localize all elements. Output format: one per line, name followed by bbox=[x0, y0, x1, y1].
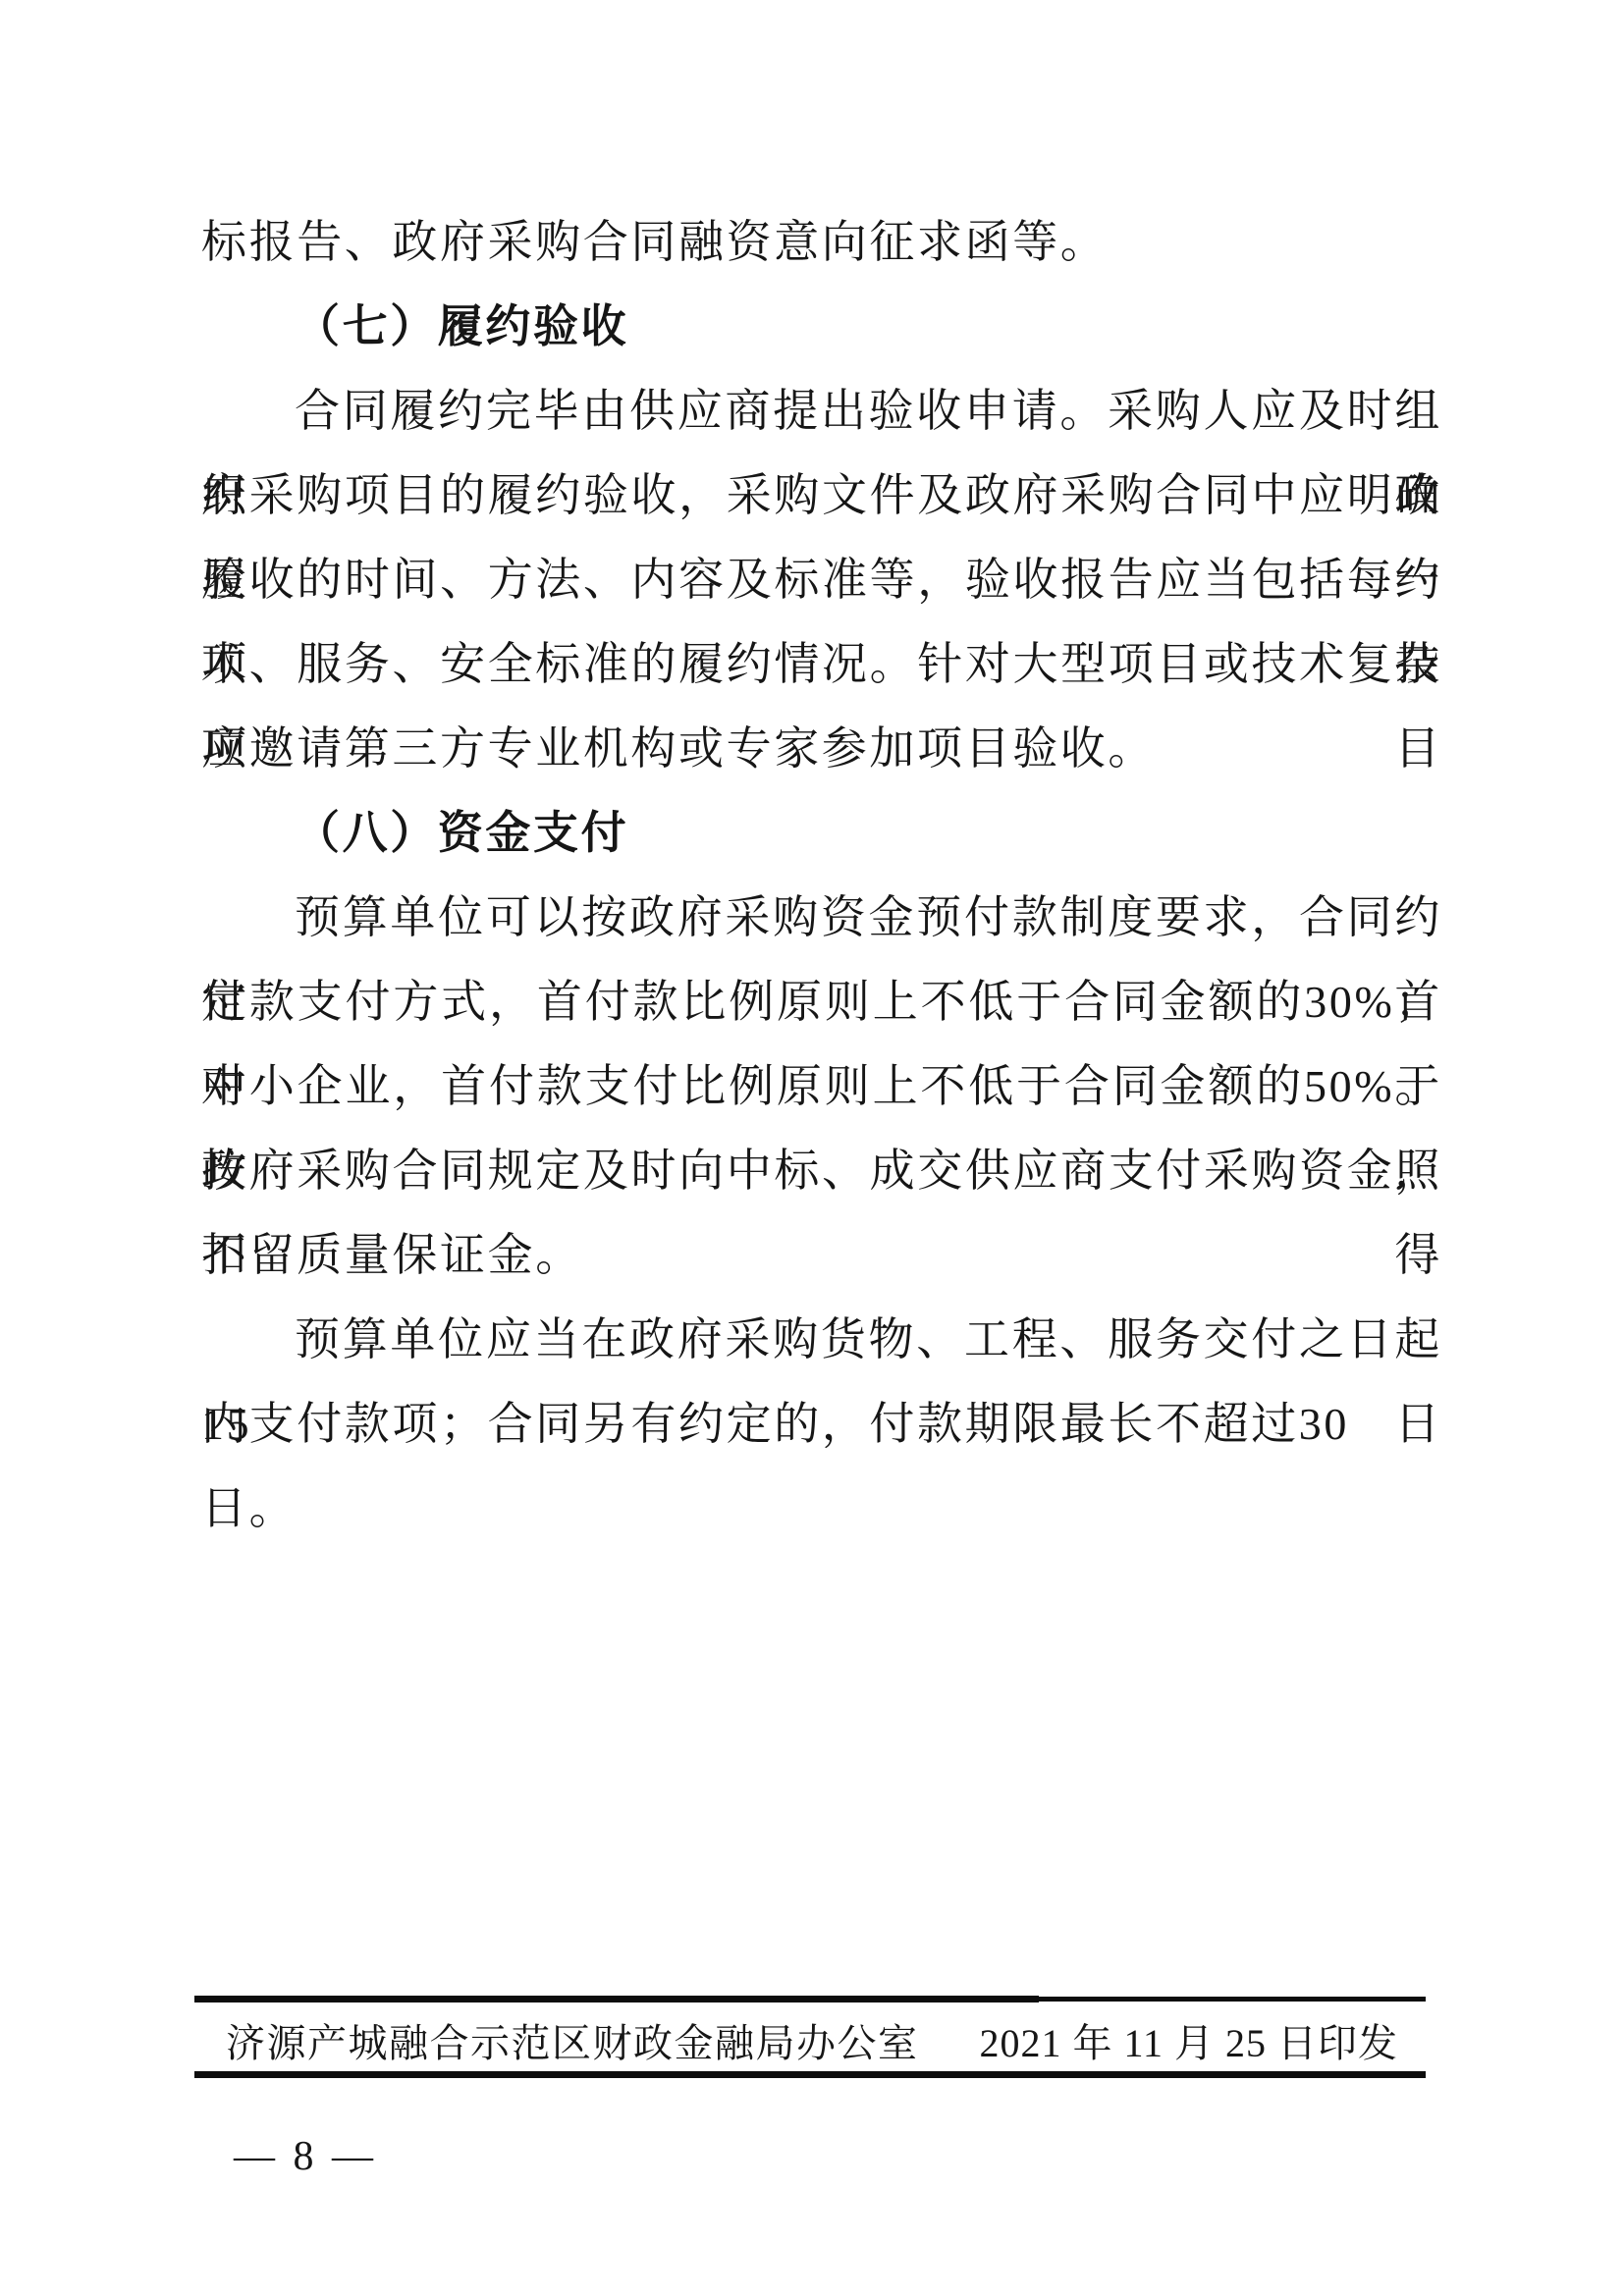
footer-rule-bottom bbox=[194, 2071, 1426, 2078]
paragraph-line: 中小企业，首付款支付比例原则上不低于合同金额的50%。按照 bbox=[201, 1044, 1442, 1129]
issuing-office: 济源产城融合示范区财政金融局办公室 bbox=[226, 2012, 919, 2068]
section-heading: （八）资金支付 bbox=[201, 791, 1442, 876]
paragraph-line: 验收的时间、方法、内容及标准等，验收报告应当包括每一项技 bbox=[201, 538, 1442, 622]
document-body: 标报告、政府采购合同融资意向征求函等。（七）履约验收合同履约完毕由供应商提出验收… bbox=[201, 200, 1442, 1467]
paragraph-line: 预算单位可以按政府采购资金预付款制度要求，合同约定首 bbox=[201, 876, 1442, 960]
footer-row: 济源产城融合示范区财政金融局办公室 2021 年 11 月 25 日印发 bbox=[194, 2002, 1426, 2071]
paragraph-line: 府采购项目的履约验收，采购文件及政府采购合同中应明确履约 bbox=[201, 454, 1442, 538]
paragraph-line: 政府采购合同规定及时向中标、成交供应商支付采购资金，不得 bbox=[201, 1129, 1442, 1213]
paragraph-line: 合同履约完毕由供应商提出验收申请。采购人应及时组织政 bbox=[201, 369, 1442, 454]
paragraph-continuation-line: 标报告、政府采购合同融资意向征求函等。 bbox=[201, 200, 1442, 285]
paragraph-line: 术、服务、安全标准的履约情况。针对大型项目或技术复杂项目 bbox=[201, 622, 1442, 707]
footer-rule-top-left bbox=[194, 1996, 1039, 2002]
section-heading: （七）履约验收 bbox=[201, 285, 1442, 369]
document-footer: 济源产城融合示范区财政金融局办公室 2021 年 11 月 25 日印发 bbox=[194, 1996, 1426, 2078]
page-number: — 8 — bbox=[234, 2134, 377, 2179]
footer-rule-top-right bbox=[1039, 1997, 1426, 2002]
paragraph-line: 付款支付方式，首付款比例原则上不低于合同金额的30%；对于 bbox=[201, 960, 1442, 1044]
document-page: 标报告、政府采购合同融资意向征求函等。（七）履约验收合同履约完毕由供应商提出验收… bbox=[0, 0, 1624, 2296]
print-date: 2021 年 11 月 25 日印发 bbox=[979, 2012, 1398, 2068]
paragraph-line: 内支付款项；合同另有约定的，付款期限最长不超过30日。 bbox=[201, 1382, 1442, 1467]
paragraph-line: 预算单位应当在政府采购货物、工程、服务交付之日起15日 bbox=[201, 1298, 1442, 1382]
